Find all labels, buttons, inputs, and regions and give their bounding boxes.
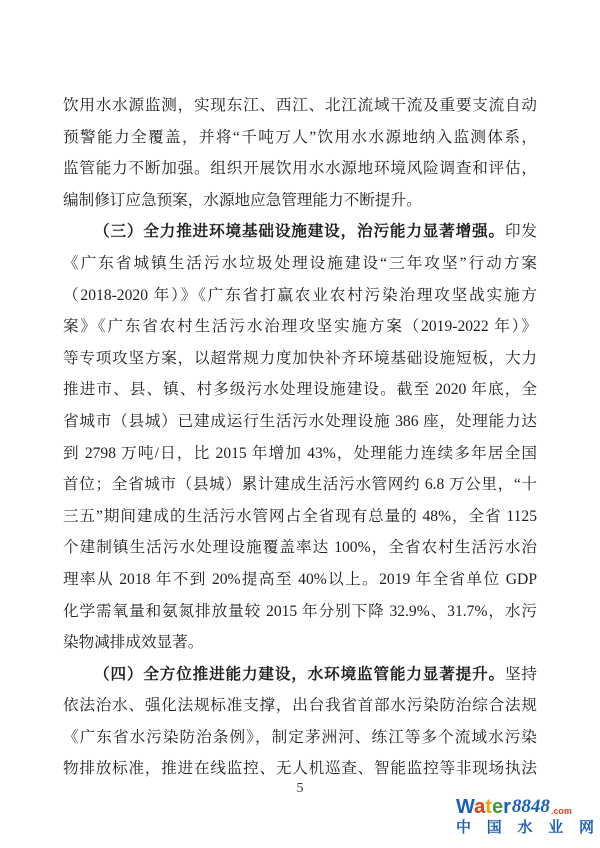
- text-block: 饮用水水源监测，实现东江、西江、北江流域干流及重要支流自动预警能力全覆盖，并将“…: [63, 90, 537, 785]
- watermark-logo: Water 8848 .com 中国水业网: [456, 797, 594, 837]
- brand-letter: t: [485, 796, 492, 818]
- text-line: 染物减排成效显著。: [63, 627, 537, 659]
- brand-subtitle-char: 水: [517, 819, 532, 837]
- brand-subtitle-char: 国: [487, 819, 502, 837]
- brand-letter: a: [474, 796, 485, 818]
- text-line: 《广东省水污染防治条例》，制定茅洲河、练江等多个流域水污染: [63, 722, 537, 754]
- text-line: 监管能力不断加强。组织开展饮用水水源地环境风险调查和评估，: [63, 153, 537, 185]
- brand-word: Water: [456, 797, 511, 817]
- text-line: 饮用水水源监测，实现东江、西江、北江流域干流及重要支流自动: [63, 90, 537, 122]
- brand-letter: W: [456, 796, 474, 818]
- text-line: 等专项攻坚方案，以超常规力度加快补齐环境基础设施短板，大力: [63, 343, 537, 375]
- text-line: 首位；全省城市（县城）累计建成生活污水管网约 6.8 万公里，“十: [63, 469, 537, 501]
- text-line: 案》《广东省农村生活污水治理攻坚实施方案（2019-2022 年）》: [63, 311, 537, 343]
- text-line: 依法治水、强化法规标准支撑，出台我省首部水污染防治综合法规: [63, 690, 537, 722]
- brand-subtitle-char: 业: [548, 819, 563, 837]
- text-line: 预警能力全覆盖，并将“千吨万人”饮用水水源地纳入监测体系，: [63, 122, 537, 154]
- text-line: 《广东省城镇生活污水垃圾处理设施建设“三年攻坚”行动方案: [63, 248, 537, 280]
- brand-letter: r: [503, 796, 511, 818]
- text-line: 化学需氧量和氨氮排放量较 2015 年分别下降 32.9%、31.7%，水污: [63, 596, 537, 628]
- brand-subtitle-char: 中: [456, 819, 471, 837]
- heading-text: （四）全方位推进能力建设，水环境监管能力显著提升。: [94, 666, 505, 683]
- document-page: 饮用水水源监测，实现东江、西江、北江流域干流及重要支流自动预警能力全覆盖，并将“…: [0, 0, 600, 848]
- text-line: 编制修订应急预案，水源地应急管理能力不断提升。: [63, 185, 537, 217]
- text-line: （三）全力推进环境基础设施建设，治污能力显著增强。印发: [63, 216, 537, 248]
- text-line: （四）全方位推进能力建设，水环境监管能力显著提升。坚持: [63, 659, 537, 691]
- text-line: 个建制镇生活污水处理设施覆盖率达 100%，全省农村生活污水治: [63, 532, 537, 564]
- text-line: 省城市（县城）已建成运行生活污水处理设施 386 座，处理能力达: [63, 406, 537, 438]
- brand-tld: .com: [551, 805, 572, 817]
- brand-subtitle-char: 网: [579, 819, 594, 837]
- brand-row: Water 8848 .com: [456, 797, 594, 817]
- heading-text: （三）全力推进环境基础设施建设，治污能力显著增强。: [94, 223, 505, 240]
- text-line: 到 2798 万吨/日，比 2015 年增加 43%，处理能力连续多年居全国: [63, 438, 537, 470]
- text-line: （2018-2020 年）》《广东省打赢农业农村污染治理攻坚战实施方: [63, 280, 537, 312]
- brand-number: 8848: [512, 797, 550, 817]
- text-line: 三五”期间建成的生活污水管网占全省现有总量的 48%，全省 1125: [63, 501, 537, 533]
- text-line: 理率从 2018 年不到 20%提高至 40%以上。2019 年全省单位 GDP: [63, 564, 537, 596]
- text-line: 推进市、县、镇、村多级污水处理设施建设。截至 2020 年底，全: [63, 374, 537, 406]
- brand-letter: e: [492, 796, 503, 818]
- brand-subtitle: 中国水业网: [456, 819, 594, 837]
